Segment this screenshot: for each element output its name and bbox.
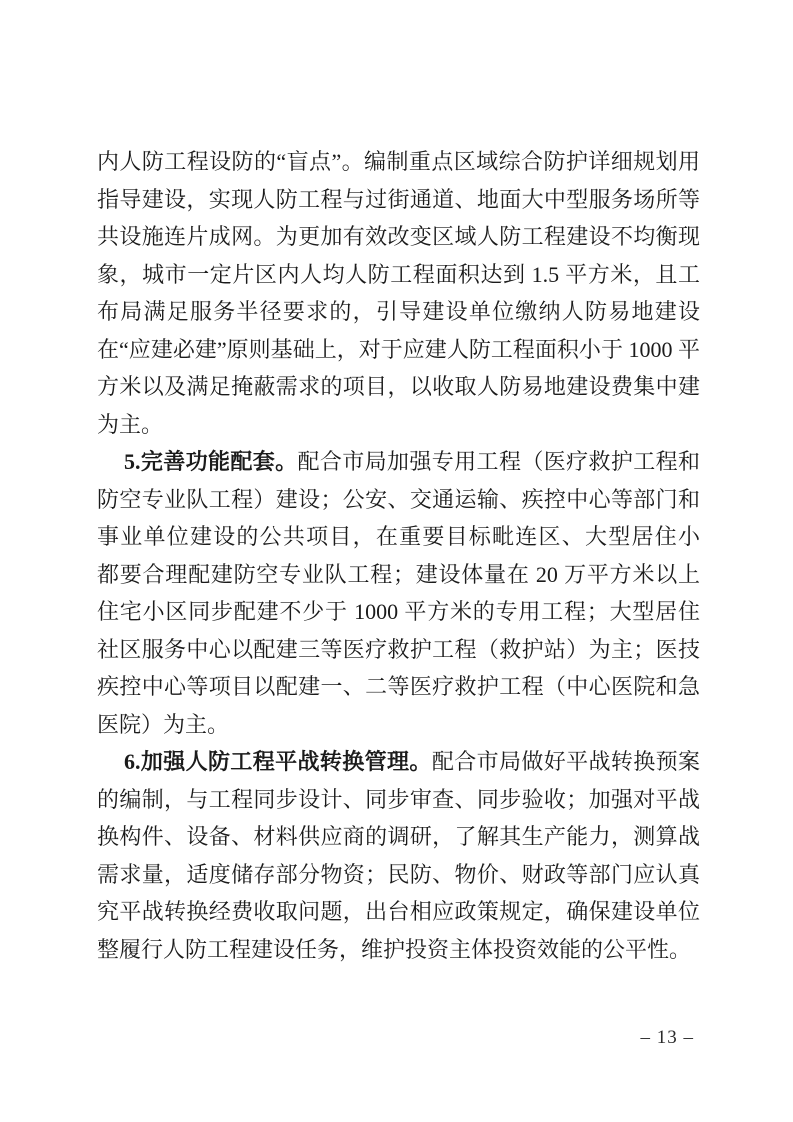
text-line: 都要合理配建防空专业队工程；建设体量在 20 万平方米以上的 [97, 556, 700, 594]
text-line: 防空专业队工程）建设；公安、交通运输、疾控中心等部门和企 [97, 481, 700, 519]
text-line: 为主。 [97, 406, 700, 444]
text-line: 5.完善功能配套。配合市局加强专用工程（医疗救护工程和 [97, 443, 700, 481]
text-line: 需求量，适度储存部分物资；民防、物价、财政等部门应认真研 [97, 856, 700, 894]
text-line: 住宅小区同步配建不少于 1000 平方米的专用工程；大型居住区、 [97, 593, 700, 631]
document-page: 内人防工程设防的“盲点”。编制重点区域综合防护详细规划用于 指导建设，实现人防工… [0, 0, 793, 1122]
text-line: 内人防工程设防的“盲点”。编制重点区域综合防护详细规划用于 [97, 143, 700, 181]
text-line: 象，城市一定片区内人均人防工程面积达到 1.5 平方米，且工程 [97, 256, 700, 294]
text-line: 6.加强人防工程平战转换管理。配合市局做好平战转换预案 [97, 743, 700, 781]
text-line: 换构件、设备、材料供应商的调研，了解其生产能力，测算战时 [97, 818, 700, 856]
text-line: 共设施连片成网。为更加有效改变区域人防工程建设不均衡现 [97, 218, 700, 256]
text-line: 社区服务中心以配建三等医疗救护工程（救护站）为主；医技楼、 [97, 631, 700, 669]
text-line: 究平战转换经费收取问题，出台相应政策规定，确保建设单位完 [97, 893, 700, 931]
text-line: 在“应建必建”原则基础上，对于应建人防工程面积小于 1000 平 [97, 331, 700, 369]
page-number: – 13 – [641, 1024, 695, 1052]
section-5-heading: 5.完善功能配套。 [124, 449, 298, 474]
text-run: 配合市局加强专用工程（医疗救护工程和 [298, 449, 700, 474]
document-body: 内人防工程设防的“盲点”。编制重点区域综合防护详细规划用于 指导建设，实现人防工… [97, 143, 700, 968]
text-line: 的编制，与工程同步设计、同步审查、同步验收；加强对平战转 [97, 781, 700, 819]
section-6-heading: 6.加强人防工程平战转换管理。 [124, 749, 432, 774]
text-line: 整履行人防工程建设任务，维护投资主体投资效能的公平性。 [97, 931, 700, 969]
text-line: 方米以及满足掩蔽需求的项目，以收取人防易地建设费集中建设 [97, 368, 700, 406]
text-line: 医院）为主。 [97, 706, 700, 744]
text-line: 事业单位建设的公共项目，在重要目标毗连区、大型居住小区， [97, 518, 700, 556]
text-run: 配合市局做好平战转换预案 [432, 749, 700, 774]
text-line: 疾控中心等项目以配建一、二等医疗救护工程（中心医院和急救 [97, 668, 700, 706]
text-line: 指导建设，实现人防工程与过街通道、地面大中型服务场所等公 [97, 181, 700, 219]
text-line: 布局满足服务半径要求的，引导建设单位缴纳人防易地建设费； [97, 293, 700, 331]
